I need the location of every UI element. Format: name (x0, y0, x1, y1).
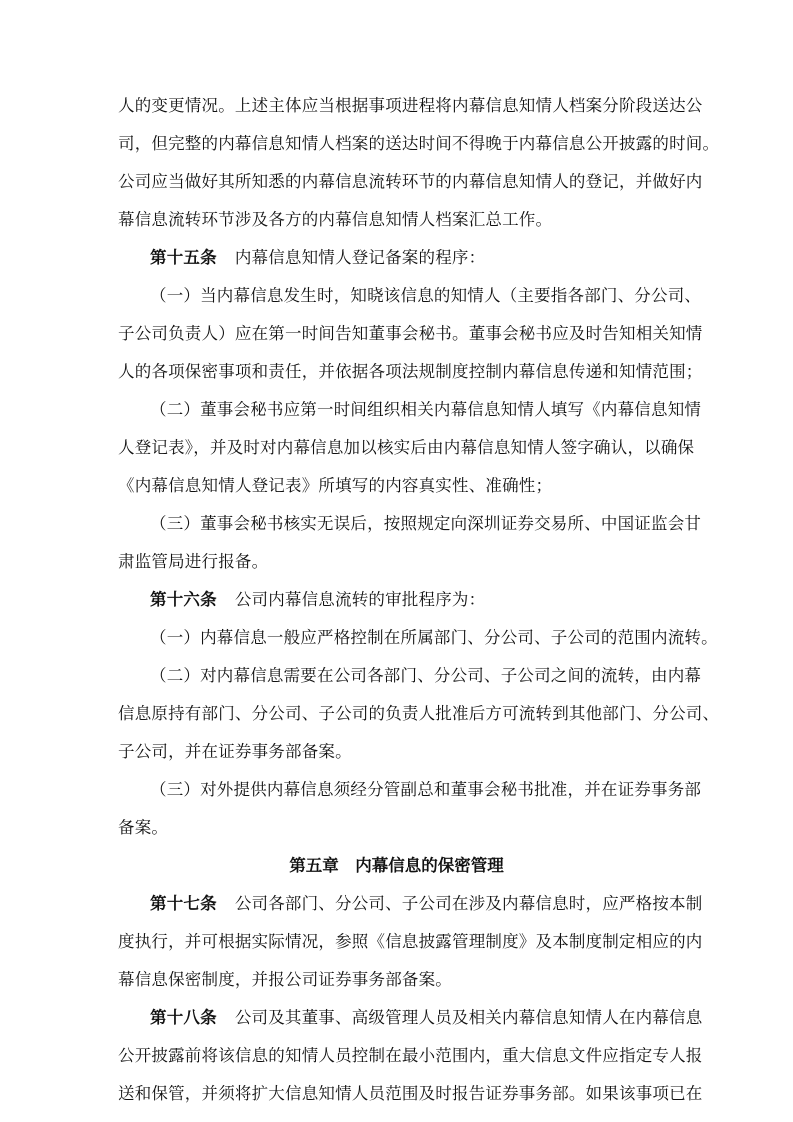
paragraph-line: （一）内幕信息一般应严格控制在所属部门、分公司、子公司的范围内流转。 (150, 628, 680, 648)
paragraph-line: 人登记表》，并及时对内幕信息加以核实后由内幕信息知情人签字确认，以确保 (118, 438, 680, 458)
paragraph-line: 信息原持有部门、分公司、子公司的负责人批准后方可流转到其他部门、分公司、 (118, 704, 680, 724)
chapter-title: 第五章 内幕信息的保密管理 (0, 856, 793, 876)
article-heading: 第十五条 (150, 248, 217, 267)
article-15: 第十五条内幕信息知情人登记备案的程序： (150, 248, 680, 268)
paragraph-line: 幕信息保密制度，并报公司证券事务部备案。 (118, 970, 680, 990)
paragraph-line: 人的变更情况。上述主体应当根据事项进程将内幕信息知情人档案分阶段送达公 (118, 96, 680, 116)
article-heading: 第十八条 (150, 1008, 217, 1027)
article-heading: 第十七条 (150, 894, 217, 913)
paragraph-line: 肃监管局进行报备。 (118, 552, 680, 572)
article-heading: 第十六条 (150, 590, 217, 609)
paragraph-line: 备案。 (118, 818, 680, 838)
paragraph-line: 司，但完整的内幕信息知情人档案的送达时间不得晚于内幕信息公开披露的时间。 (118, 134, 680, 154)
article-17: 第十七条公司各部门、分公司、子公司在涉及内幕信息时，应严格按本制 (150, 894, 680, 914)
paragraph-line: 公司应当做好其所知悉的内幕信息流转环节的内幕信息知情人的登记，并做好内 (118, 172, 680, 192)
paragraph-line: 《内幕信息知情人登记表》所填写的内容真实性、准确性； (118, 476, 680, 496)
article-18: 第十八条公司及其董事、高级管理人员及相关内幕信息知情人在内幕信息 (150, 1008, 680, 1028)
paragraph-line: 人的各项保密事项和责任，并依据各项法规制度控制内幕信息传递和知情范围； (118, 362, 680, 382)
paragraph-line: 幕信息流转环节涉及各方的内幕信息知情人档案汇总工作。 (118, 210, 680, 230)
paragraph-line: （二）对内幕信息需要在公司各部门、分公司、子公司之间的流转，由内幕 (150, 666, 680, 686)
article-first-line: 公司及其董事、高级管理人员及相关内幕信息知情人在内幕信息 (235, 1008, 703, 1027)
article-intro: 公司内幕信息流转的审批程序为： (235, 590, 486, 609)
paragraph-line: 子公司负责人）应在第一时间告知董事会秘书。董事会秘书应及时告知相关知情 (118, 324, 680, 344)
paragraph-line: 公开披露前将该信息的知情人员控制在最小范围内，重大信息文件应指定专人报 (118, 1046, 680, 1066)
article-intro: 内幕信息知情人登记备案的程序： (235, 248, 486, 267)
paragraph-line: 送和保管，并须将扩大信息知情人员范围及时报告证券事务部。如果该事项已在 (118, 1084, 680, 1104)
paragraph-line: （二）董事会秘书应第一时间组织相关内幕信息知情人填写《内幕信息知情 (150, 400, 680, 420)
paragraph-line: 子公司，并在证券事务部备案。 (118, 742, 680, 762)
paragraph-line: （三）董事会秘书核实无误后，按照规定向深圳证券交易所、中国证监会甘 (150, 514, 680, 534)
article-first-line: 公司各部门、分公司、子公司在涉及内幕信息时，应严格按本制 (235, 894, 703, 913)
paragraph-line: （一）当内幕信息发生时，知晓该信息的知情人（主要指各部门、分公司、 (150, 286, 680, 306)
document-page: 人的变更情况。上述主体应当根据事项进程将内幕信息知情人档案分阶段送达公 司，但完… (0, 0, 793, 1122)
paragraph-line: （三）对外提供内幕信息须经分管副总和董事会秘书批准，并在证券事务部 (150, 780, 680, 800)
paragraph-line: 度执行，并可根据实际情况，参照《信息披露管理制度》及本制度制定相应的内 (118, 932, 680, 952)
article-16: 第十六条公司内幕信息流转的审批程序为： (150, 590, 680, 610)
